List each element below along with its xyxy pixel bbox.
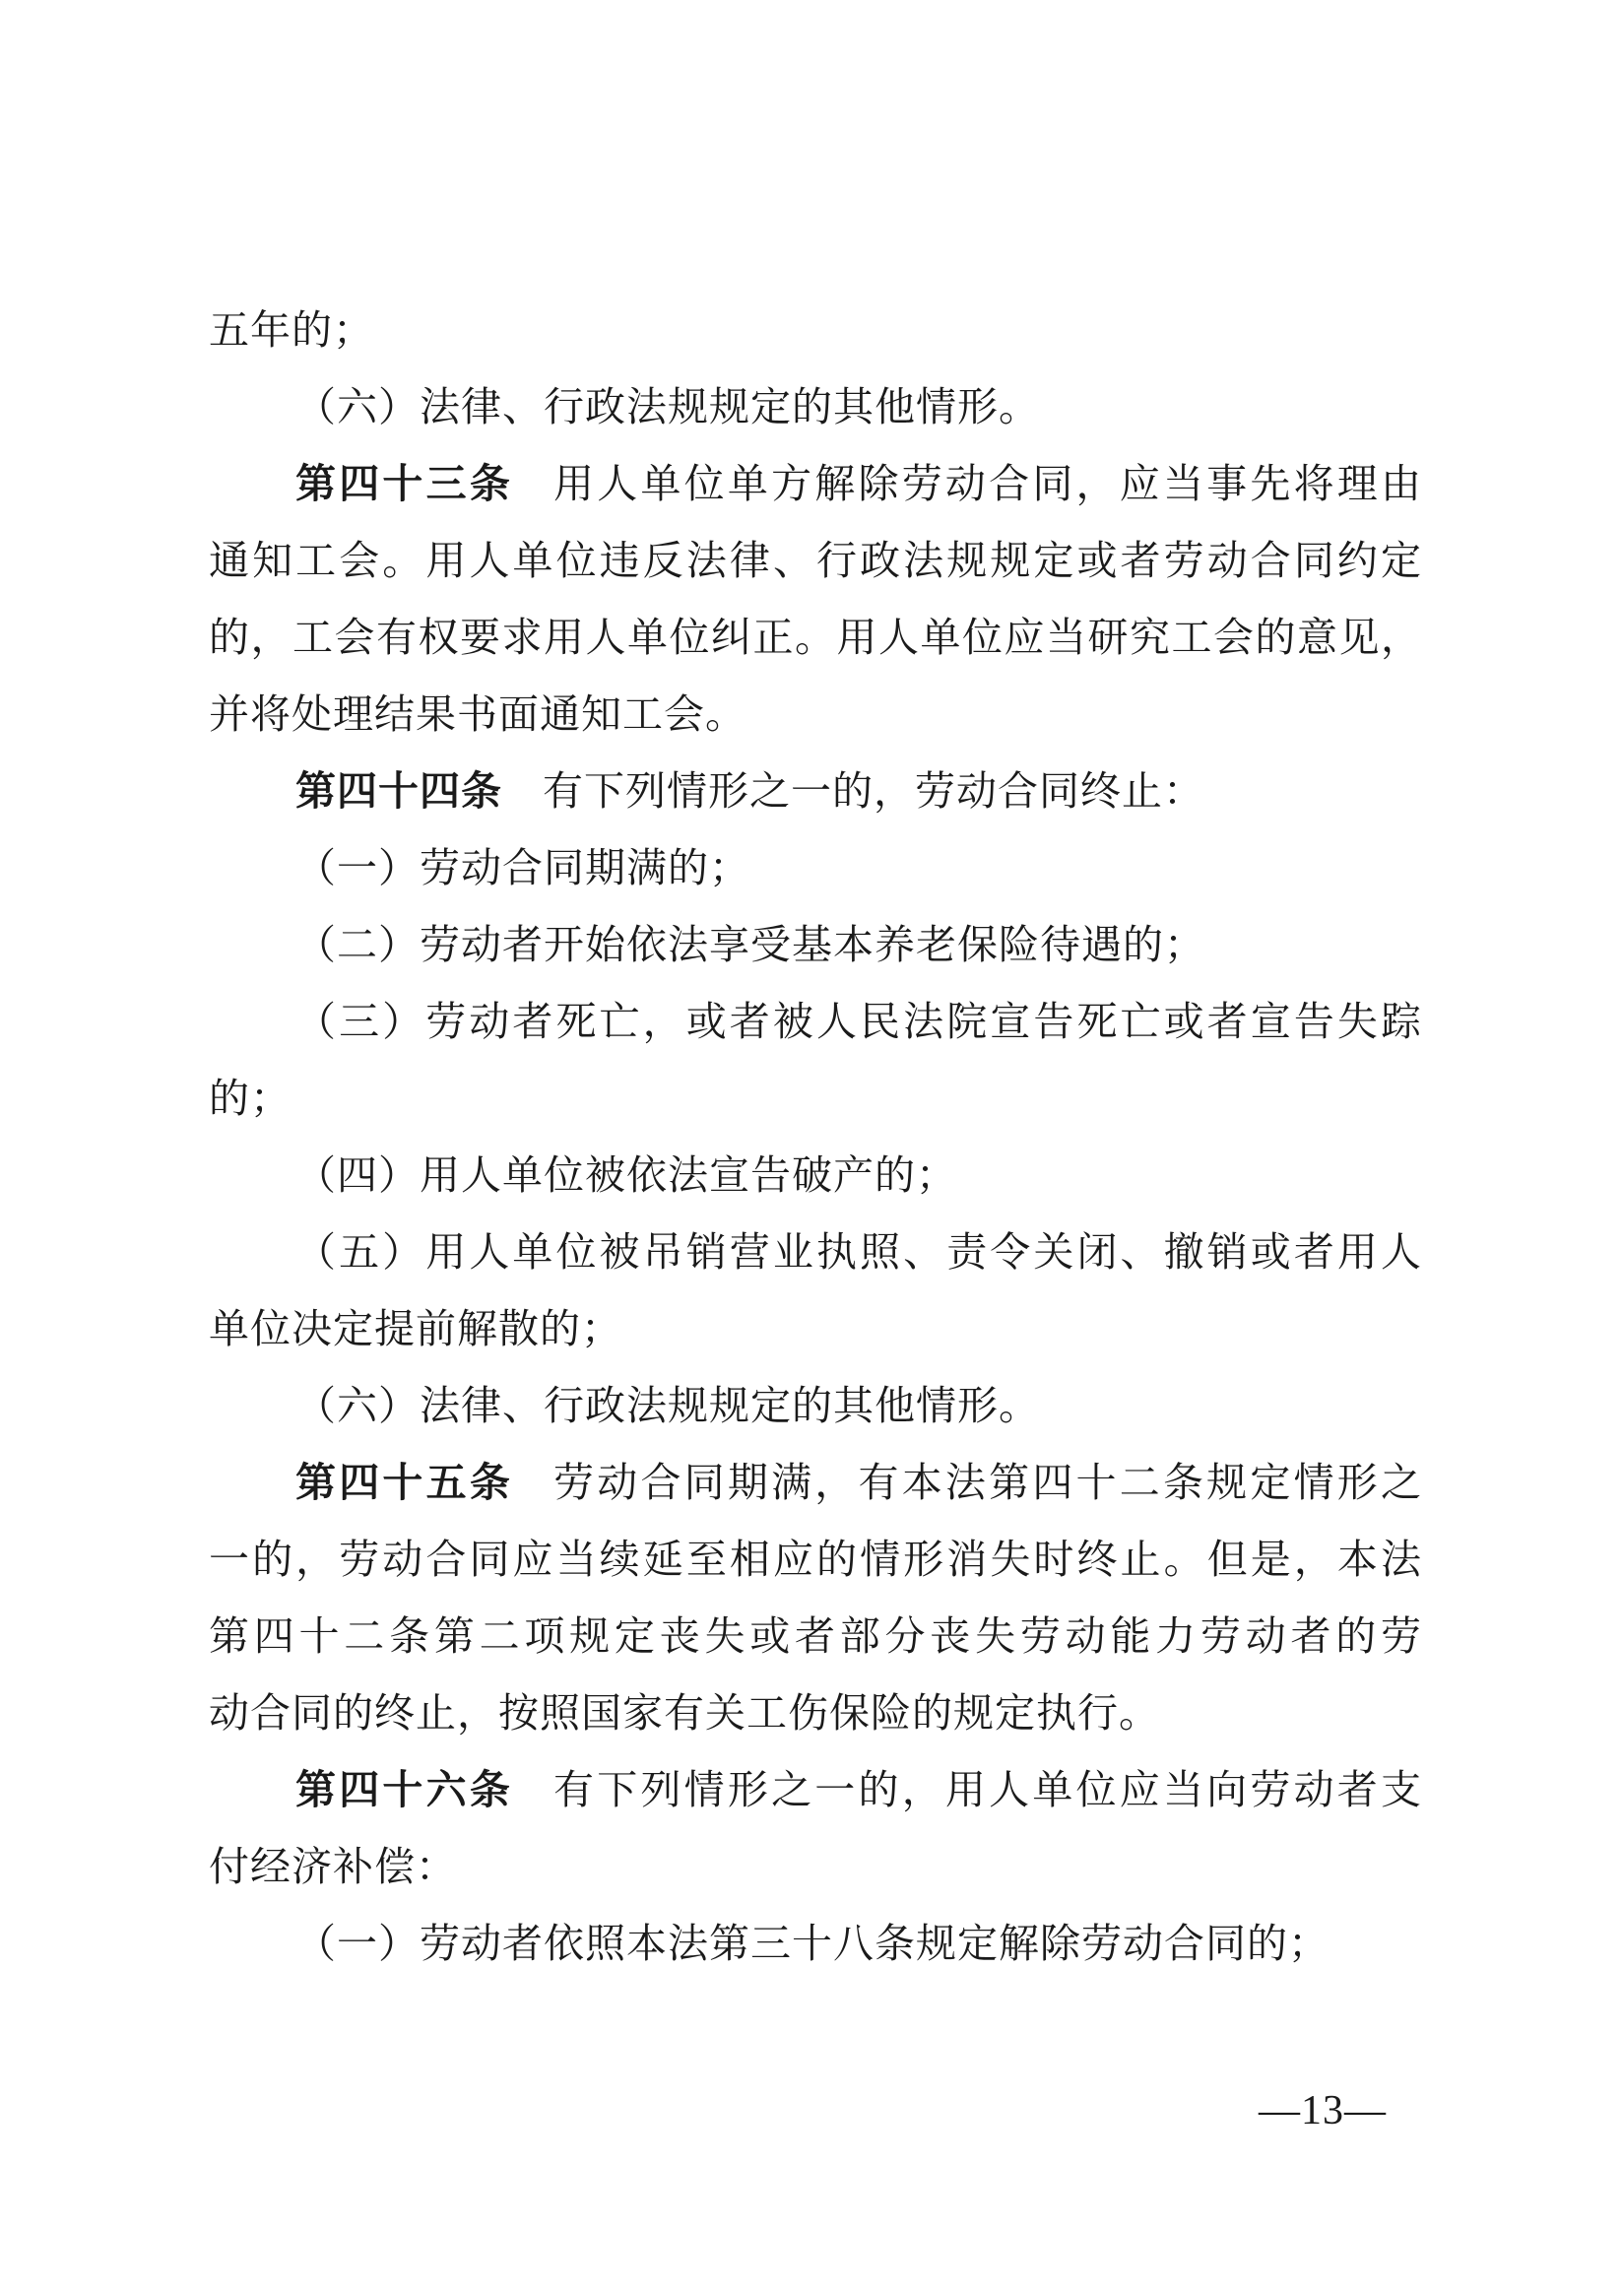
text-line-14: 单位决定提前解散的； [209,1290,1422,1367]
line-text: 有下列情形之一的，劳动合同终止： [543,768,1204,814]
text-line-17: 一的，劳动合同应当续延至相应的情形消失时终止。但是，本法 [209,1521,1422,1598]
line-text: 有下列情形之一的，用人单位应当向劳动者支 [553,1767,1422,1812]
text-line-22: （一）劳动者依照本法第三十八条规定解除劳动合同的； [209,1905,1422,1982]
document-page: 五年的；（六）法律、行政法规规定的其他情形。第四十三条用人单位单方解除劳动合同，… [0,0,1621,2296]
line-text: （六）法律、行政法规规定的其他情形。 [295,1383,1040,1428]
text-line-21: 付经济补偿： [209,1828,1422,1905]
line-text: 通知工会。用人单位违反法律、行政法规规定或者劳动合同约定 [209,538,1422,583]
article-number: 第四十四条 [295,768,502,814]
line-text: 一的，劳动合同应当续延至相应的情形消失时终止。但是，本法 [209,1537,1422,1582]
text-line-19: 动合同的终止，按照国家有关工伤保险的规定执行。 [209,1674,1422,1751]
line-text: 动合同的终止，按照国家有关工伤保险的规定执行。 [209,1690,1160,1736]
line-text: （三）劳动者死亡，或者被人民法院宣告死亡或者宣告失踪 [295,999,1422,1044]
line-text: 付经济补偿： [209,1844,457,1889]
text-line-6: 并将处理结果书面通知工会。 [209,676,1422,753]
text-line-3: 第四十三条用人单位单方解除劳动合同，应当事先将理由 [209,445,1422,522]
text-line-8: （一）劳动合同期满的； [209,829,1422,906]
text-line-7: 第四十四条有下列情形之一的，劳动合同终止： [209,753,1422,829]
line-text: 单位决定提前解散的； [209,1306,622,1351]
text-line-1: 五年的； [209,292,1422,368]
text-line-9: （二）劳动者开始依法享受基本养老保险待遇的； [209,906,1422,983]
text-line-5: 的，工会有权要求用人单位纠正。用人单位应当研究工会的意见， [209,599,1422,676]
article-number: 第四十三条 [295,461,513,506]
document-content: 五年的；（六）法律、行政法规规定的其他情形。第四十三条用人单位单方解除劳动合同，… [209,292,1422,1982]
line-text: （一）劳动合同期满的； [295,845,750,890]
text-line-12: （四）用人单位被依法宣告破产的； [209,1137,1422,1214]
text-line-10: （三）劳动者死亡，或者被人民法院宣告死亡或者宣告失踪 [209,983,1422,1060]
line-text: 并将处理结果书面通知工会。 [209,691,746,737]
article-number: 第四十五条 [295,1460,513,1505]
text-line-2: （六）法律、行政法规规定的其他情形。 [209,368,1422,445]
text-line-13: （五）用人单位被吊销营业执照、责令关闭、撤销或者用人 [209,1214,1422,1290]
line-text: 五年的； [209,307,374,353]
text-line-4: 通知工会。用人单位违反法律、行政法规规定或者劳动合同约定 [209,522,1422,599]
line-text: （六）法律、行政法规规定的其他情形。 [295,384,1040,429]
line-text: （一）劳动者依照本法第三十八条规定解除劳动合同的； [295,1921,1329,1966]
text-line-15: （六）法律、行政法规规定的其他情形。 [209,1367,1422,1444]
text-line-16: 第四十五条劳动合同期满，有本法第四十二条规定情形之 [209,1444,1422,1521]
text-line-18: 第四十二条第二项规定丧失或者部分丧失劳动能力劳动者的劳 [209,1598,1422,1674]
text-line-20: 第四十六条有下列情形之一的，用人单位应当向劳动者支 [209,1751,1422,1828]
line-text: （二）劳动者开始依法享受基本养老保险待遇的； [295,922,1205,967]
line-text: 的； [209,1076,292,1121]
page-number: —13— [1259,2086,1387,2135]
line-text: （四）用人单位被依法宣告破产的； [295,1152,957,1198]
line-text: 劳动合同期满，有本法第四十二条规定情形之 [553,1460,1422,1505]
line-text: （五）用人单位被吊销营业执照、责令关闭、撤销或者用人 [295,1229,1422,1275]
text-line-11: 的； [209,1060,1422,1137]
line-text: 的，工会有权要求用人单位纠正。用人单位应当研究工会的意见， [209,615,1422,660]
article-number: 第四十六条 [295,1767,513,1812]
line-text: 用人单位单方解除劳动合同，应当事先将理由 [553,461,1422,506]
line-text: 第四十二条第二项规定丧失或者部分丧失劳动能力劳动者的劳 [209,1613,1422,1659]
